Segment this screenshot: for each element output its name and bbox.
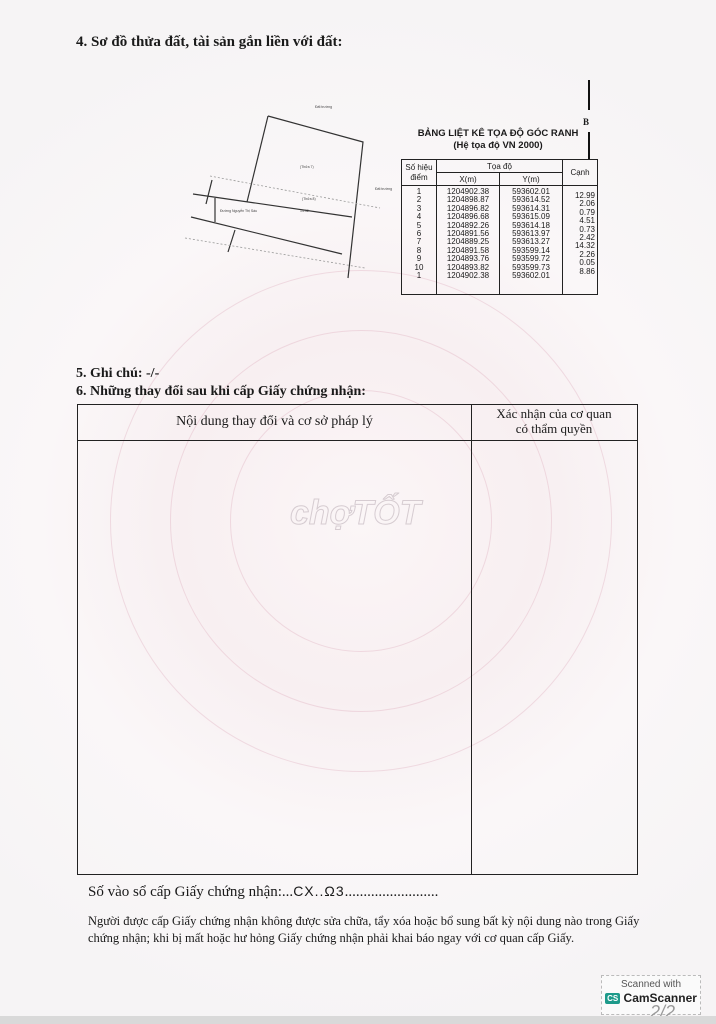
- y-column: 593602.01593614.52593614.31593615.095936…: [500, 186, 563, 295]
- point-column: 123456789101: [402, 186, 437, 295]
- bottom-edge: [0, 1016, 716, 1024]
- confirmation-line-2: có thẩm quyền: [471, 421, 637, 436]
- edge-column: 12.992.060.794.510.732.4214.322.260.058.…: [563, 186, 598, 295]
- coordinate-table: Số hiệu điểm Tọa độ Cạnh X(m) Y(m) 12345…: [401, 159, 598, 295]
- col-header-x: X(m): [437, 173, 500, 186]
- book-number-value: CX..Ω3: [293, 883, 344, 899]
- cell-y: 593602.01: [502, 272, 560, 280]
- col-header-point: Số hiệu điểm: [402, 160, 437, 186]
- table-row: 123456789101 1204902.381204898.871204896…: [402, 186, 598, 295]
- x-column: 1204902.381204898.871204896.821204896.68…: [437, 186, 500, 295]
- coord-table-heading: BẢNG LIỆT KÊ TỌA ĐỘ GÓC RANH: [398, 128, 598, 140]
- north-arrow-label: B: [583, 117, 589, 127]
- coord-table-title: BẢNG LIỆT KÊ TỌA ĐỘ GÓC RANH (Hệ tọa độ …: [398, 128, 598, 152]
- land-plot-sketch: (Thửa 7)(Thửa 8) 14.32Đường Nguyễn Thị S…: [180, 100, 400, 280]
- col-header-changes: Nội dung thay đổi và cơ sở pháp lý: [78, 414, 471, 430]
- document-page: 4. Sơ đồ thửa đất, tài sản gắn liền với …: [0, 0, 716, 1024]
- watermark-logo: chợTỐT: [290, 494, 421, 533]
- book-number-label: Số vào sổ cấp Giấy chứng nhận:...: [88, 884, 293, 900]
- confirmation-line-1: Xác nhận của cơ quan: [471, 406, 637, 421]
- svg-text:Đất trường: Đất trường: [315, 105, 332, 109]
- svg-text:(Thửa 7): (Thửa 7): [300, 165, 314, 169]
- svg-text:(Thửa 8): (Thửa 8): [302, 197, 316, 201]
- book-number: Số vào sổ cấp Giấy chứng nhận:...CX..Ω3.…: [88, 883, 438, 901]
- changes-table: Nội dung thay đổi và cơ sở pháp lý Xác n…: [77, 404, 638, 875]
- notice-text: Người được cấp Giấy chứng nhận không đượ…: [88, 913, 648, 947]
- col-header-edge: Cạnh: [563, 160, 598, 186]
- header-divider: [78, 440, 637, 441]
- svg-text:Đường Nguyễn Thị Sáu: Đường Nguyễn Thị Sáu: [220, 208, 257, 213]
- scanner-line-1: Scanned with: [602, 979, 700, 990]
- cell-edge: [565, 276, 595, 284]
- cell-point: 1: [404, 272, 434, 280]
- cell-edge: 8.86: [565, 268, 595, 276]
- section-5-title: 5. Ghi chú: -/-: [76, 366, 159, 382]
- cell-x: 1204902.38: [439, 272, 497, 280]
- svg-text:14.32: 14.32: [300, 209, 309, 213]
- col-header-y: Y(m): [500, 173, 563, 186]
- section-6-title: 6. Những thay đổi sau khi cấp Giấy chứng…: [76, 384, 366, 400]
- svg-text:Đất trường: Đất trường: [375, 187, 392, 191]
- coord-table-subtitle: (Hệ tọa độ VN 2000): [398, 140, 598, 152]
- col-header-confirmation: Xác nhận của cơ quan có thẩm quyền: [471, 406, 637, 436]
- section-4-title: 4. Sơ đồ thửa đất, tài sản gắn liền với …: [76, 34, 343, 51]
- column-divider: [471, 405, 472, 874]
- camscanner-logo-icon: CS: [605, 993, 620, 1004]
- col-header-coord: Tọa độ: [437, 160, 563, 173]
- book-number-dots: .........................: [345, 884, 439, 900]
